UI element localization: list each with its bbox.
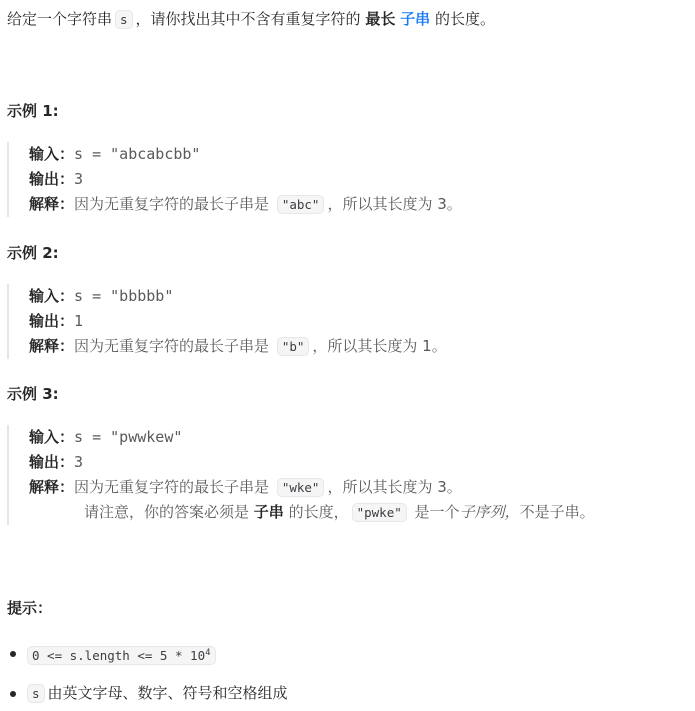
tip-item: s由英文字母、数字、符号和空格组成 bbox=[7, 678, 288, 711]
explain-label: 解释： bbox=[29, 478, 74, 496]
explain-text: 因为无重复字符的最长子串是 bbox=[74, 195, 269, 213]
output-value: 1 bbox=[74, 312, 83, 330]
tips-title: 提示： bbox=[7, 597, 52, 618]
input-label: 输入： bbox=[29, 287, 74, 305]
explain-label: 解释： bbox=[29, 195, 74, 213]
input-value: s = "abcabcbb" bbox=[74, 145, 200, 163]
example-2-title: 示例 2: bbox=[7, 242, 59, 263]
tip-item: 0 <= s.length <= 5 * 104 bbox=[7, 638, 288, 678]
inline-code: "pwke" bbox=[352, 503, 407, 522]
example-3-title: 示例 3: bbox=[7, 383, 59, 404]
output-label: 输出： bbox=[29, 170, 74, 188]
explain-text: ，所以其长度为 3。 bbox=[327, 195, 461, 213]
bold-text: 子串 bbox=[254, 503, 284, 521]
output-value: 3 bbox=[74, 170, 83, 188]
desc-text: 给定一个字符串 bbox=[7, 10, 112, 28]
input-value: s = "pwwkew" bbox=[74, 428, 182, 446]
explain-text: ，所以其长度为 3。 bbox=[327, 478, 461, 496]
code-text: 0 <= s.length <= 5 * 10 bbox=[32, 648, 205, 663]
input-label: 输入： bbox=[29, 145, 74, 163]
inline-code: "abc" bbox=[277, 195, 325, 214]
explain-label: 解释： bbox=[29, 337, 74, 355]
explain-text: 因为无重复字符的最长子串是 bbox=[74, 478, 269, 496]
inline-code: "b" bbox=[277, 337, 310, 356]
output-label: 输出： bbox=[29, 453, 74, 471]
superscript: 4 bbox=[205, 648, 210, 658]
tip-text: 由英文字母、数字、符号和空格组成 bbox=[48, 684, 288, 702]
example-2-block: 输入：s = "bbbbb" 输出：1 解释：因为无重复字符的最长子串是 "b"… bbox=[7, 284, 447, 359]
note-text: 的长度， bbox=[289, 503, 349, 521]
input-label: 输入： bbox=[29, 428, 74, 446]
explain-text: ，所以其长度为 1。 bbox=[312, 337, 446, 355]
substring-link[interactable]: 子串 bbox=[400, 10, 430, 28]
output-value: 3 bbox=[74, 453, 83, 471]
italic-text: 子序列， bbox=[460, 503, 520, 521]
bold-text: 最长 bbox=[365, 10, 395, 28]
inline-code: s bbox=[115, 10, 133, 29]
note-text: 是一个 bbox=[415, 503, 460, 521]
inline-code: s bbox=[27, 684, 45, 703]
desc-text: 的长度。 bbox=[435, 10, 495, 28]
problem-description: 给定一个字符串s，请你找出其中不含有重复字符的 最长 子串 的长度。 bbox=[7, 8, 495, 31]
input-value: s = "bbbbb" bbox=[74, 287, 173, 305]
note-text: 请注意，你的答案必须是 bbox=[84, 503, 249, 521]
inline-code: 0 <= s.length <= 5 * 104 bbox=[27, 646, 216, 665]
example-1-title: 示例 1: bbox=[7, 100, 59, 121]
output-label: 输出： bbox=[29, 312, 74, 330]
note-text: 不是子串。 bbox=[520, 503, 595, 521]
desc-text: ，请你找出其中不含有重复字符的 bbox=[136, 10, 361, 28]
tips-list: 0 <= s.length <= 5 * 104 s由英文字母、数字、符号和空格… bbox=[7, 638, 288, 711]
example-3-block: 输入：s = "pwwkew" 输出：3 解释：因为无重复字符的最长子串是 "w… bbox=[7, 425, 595, 525]
example-1-block: 输入：s = "abcabcbb" 输出：3 解释：因为无重复字符的最长子串是 … bbox=[7, 142, 462, 217]
inline-code: "wke" bbox=[277, 478, 325, 497]
explain-text: 因为无重复字符的最长子串是 bbox=[74, 337, 269, 355]
